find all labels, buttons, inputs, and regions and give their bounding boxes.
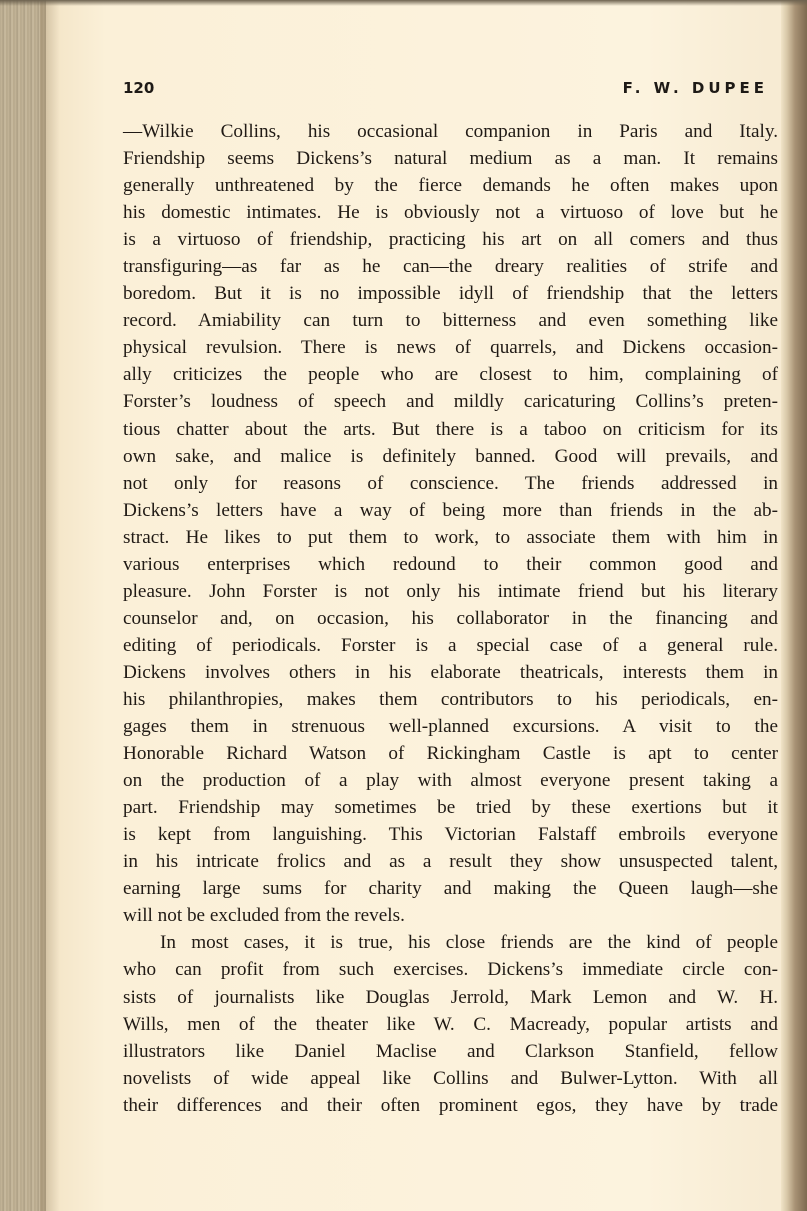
text-line-paragraph-start: In most cases, it is true, his close fri… <box>123 929 778 956</box>
running-head: 120 F. W. DUPEE <box>123 76 768 100</box>
text-line: earning large sums for charity and makin… <box>123 875 778 902</box>
text-line: editing of periodicals. Forster is a spe… <box>123 632 778 659</box>
text-line: various enterprises which redound to the… <box>123 551 778 578</box>
text-line: is kept from languishing. This Victorian… <box>123 821 778 848</box>
running-head-author: F. W. DUPEE <box>623 79 768 97</box>
text-line: is a virtuoso of friendship, practicing … <box>123 226 778 253</box>
text-line: stract. He likes to put them to work, to… <box>123 524 778 551</box>
text-line: Forster’s loudness of speech and mildly … <box>123 388 778 415</box>
text-line: illustrators like Daniel Maclise and Cla… <box>123 1038 778 1065</box>
gutter-shadow <box>40 0 60 1211</box>
text-line: generally unthreatened by the fierce dem… <box>123 172 778 199</box>
body-text: —Wilkie Collins, his occasional companio… <box>123 118 778 1119</box>
text-line: Wills, men of the theater like W. C. Mac… <box>123 1011 778 1038</box>
text-line: record. Amiability can turn to bitternes… <box>123 307 778 334</box>
text-line: his philanthropies, makes them contribut… <box>123 686 778 713</box>
text-line: not only for reasons of conscience. The … <box>123 470 778 497</box>
text-line: transfiguring—as far as he can—the drear… <box>123 253 778 280</box>
top-edge-shadow <box>0 0 807 6</box>
text-line: on the production of a play with almost … <box>123 767 778 794</box>
text-line: boredom. But it is no impossible idyll o… <box>123 280 778 307</box>
text-line: ally criticizes the people who are close… <box>123 361 778 388</box>
text-line: their differences and their often promin… <box>123 1092 778 1119</box>
text-line-paragraph-end: will not be excluded from the revels. <box>123 902 778 929</box>
text-line: Dickens’s letters have a way of being mo… <box>123 497 778 524</box>
page-fore-edge <box>781 0 807 1211</box>
text-line: physical revulsion. There is news of qua… <box>123 334 778 361</box>
text-line: Dickens involves others in his elaborate… <box>123 659 778 686</box>
text-line: who can profit from such exercises. Dick… <box>123 956 778 983</box>
text-line: novelists of wide appeal like Collins an… <box>123 1065 778 1092</box>
text-line: part. Friendship may sometimes be tried … <box>123 794 778 821</box>
text-line: pleasure. John Forster is not only his i… <box>123 578 778 605</box>
text-line: in his intricate frolics and as a result… <box>123 848 778 875</box>
text-line: own sake, and malice is definitely banne… <box>123 443 778 470</box>
text-line: gages them in strenuous well-planned exc… <box>123 713 778 740</box>
text-line: —Wilkie Collins, his occasional companio… <box>123 118 778 145</box>
text-line: Honorable Richard Watson of Rickingham C… <box>123 740 778 767</box>
text-line: tious chatter about the arts. But there … <box>123 416 778 443</box>
page-number: 120 <box>123 79 154 97</box>
text-line: Friendship seems Dickens’s natural mediu… <box>123 145 778 172</box>
text-line: counselor and, on occasion, his collabor… <box>123 605 778 632</box>
text-line: his domestic intimates. He is obviously … <box>123 199 778 226</box>
text-line: sists of journalists like Douglas Jerrol… <box>123 984 778 1011</box>
